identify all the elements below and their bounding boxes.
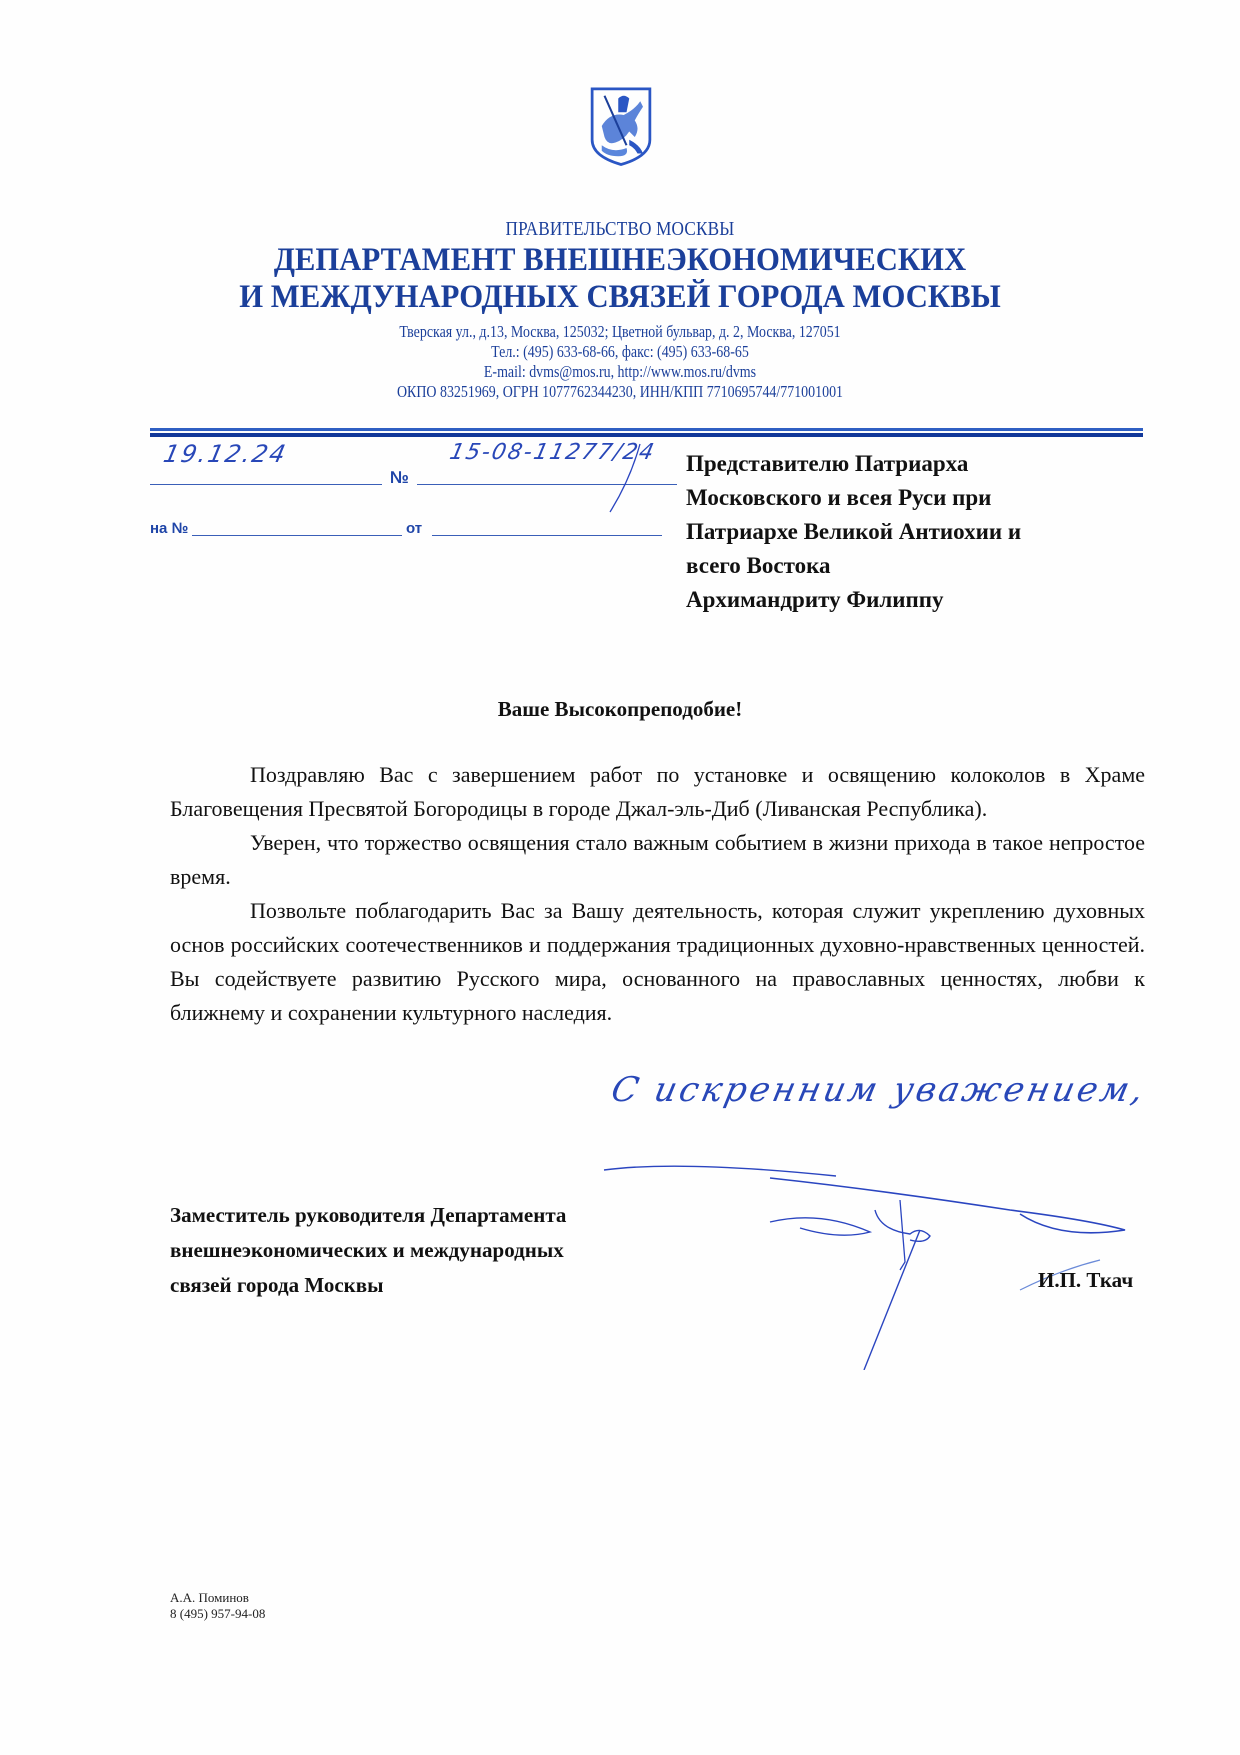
reply-to-label: на № [150,520,188,537]
number-label: № [390,468,409,488]
body-paragraph: Позвольте поблагодарить Вас за Вашу деят… [170,894,1145,1030]
executor-name: А.А. Поминов [170,1590,265,1606]
signatory-title-line: внешнеэкономических и международных [170,1233,566,1268]
from-label: от [406,520,422,537]
department-registration-codes: ОКПО 83251969, ОГРН 1077762344230, ИНН/К… [112,382,1129,402]
government-name: ПРАВИТЕЛЬСТВО МОСКВЫ [87,218,1153,241]
moscow-coat-of-arms-icon [588,84,654,168]
header-rule-top [150,428,1143,431]
body-paragraph: Поздравляю Вас с завершением работ по ус… [170,758,1145,826]
letter-page: ПРАВИТЕЛЬСТВО МОСКВЫ ДЕПАРТАМЕНТ ВНЕШНЕЭ… [0,0,1240,1755]
outgoing-date: 19.12.24 [161,440,290,468]
signatory-name: И.П. Ткач [1038,1268,1133,1293]
addressee-line: всего Востока [686,549,1146,583]
department-phone: Тел.: (495) 633-68-66, факс: (495) 633-6… [112,342,1129,362]
date-field-line [150,484,382,485]
salutation: Ваше Высокопреподобие! [0,697,1240,722]
addressee-line: Архимандриту Филиппу [686,583,1146,617]
handwritten-slash-stroke [600,440,660,520]
department-name-line2: И МЕЖДУНАРОДНЫХ СВЯЗЕЙ ГОРОДА МОСКВЫ [43,280,1196,314]
department-email-web: E-mail: dvms@mos.ru, http://www.mos.ru/d… [112,362,1129,382]
handwritten-closing: С искренним уважением, [608,1070,1150,1110]
letter-body: Поздравляю Вас с завершением работ по ус… [170,758,1145,1030]
reply-to-field-line [192,535,402,536]
addressee-line: Патриархе Великой Антиохии и [686,515,1146,549]
executor-phone: 8 (495) 957-94-08 [170,1606,265,1622]
addressee-line: Московского и всея Руси при [686,481,1146,515]
executor-info: А.А. Поминов 8 (495) 957-94-08 [170,1590,265,1622]
addressee-line: Представителю Патриарха [686,447,1146,481]
from-field-line [432,535,662,536]
signatory-title-line: Заместитель руководителя Департамента [170,1198,566,1233]
header-rule-bottom [150,433,1143,437]
body-paragraph: Уверен, что торжество освящения стало ва… [170,826,1145,894]
department-address: Тверская ул., д.13, Москва, 125032; Цвет… [112,322,1129,342]
department-name-line1: ДЕПАРТАМЕНТ ВНЕШНЕЭКОНОМИЧЕСКИХ [43,243,1196,277]
signatory-title: Заместитель руководителя Департамента вн… [170,1198,566,1303]
addressee-block: Представителю Патриарха Московского и вс… [686,447,1146,617]
signatory-title-line: связей города Москвы [170,1268,566,1303]
